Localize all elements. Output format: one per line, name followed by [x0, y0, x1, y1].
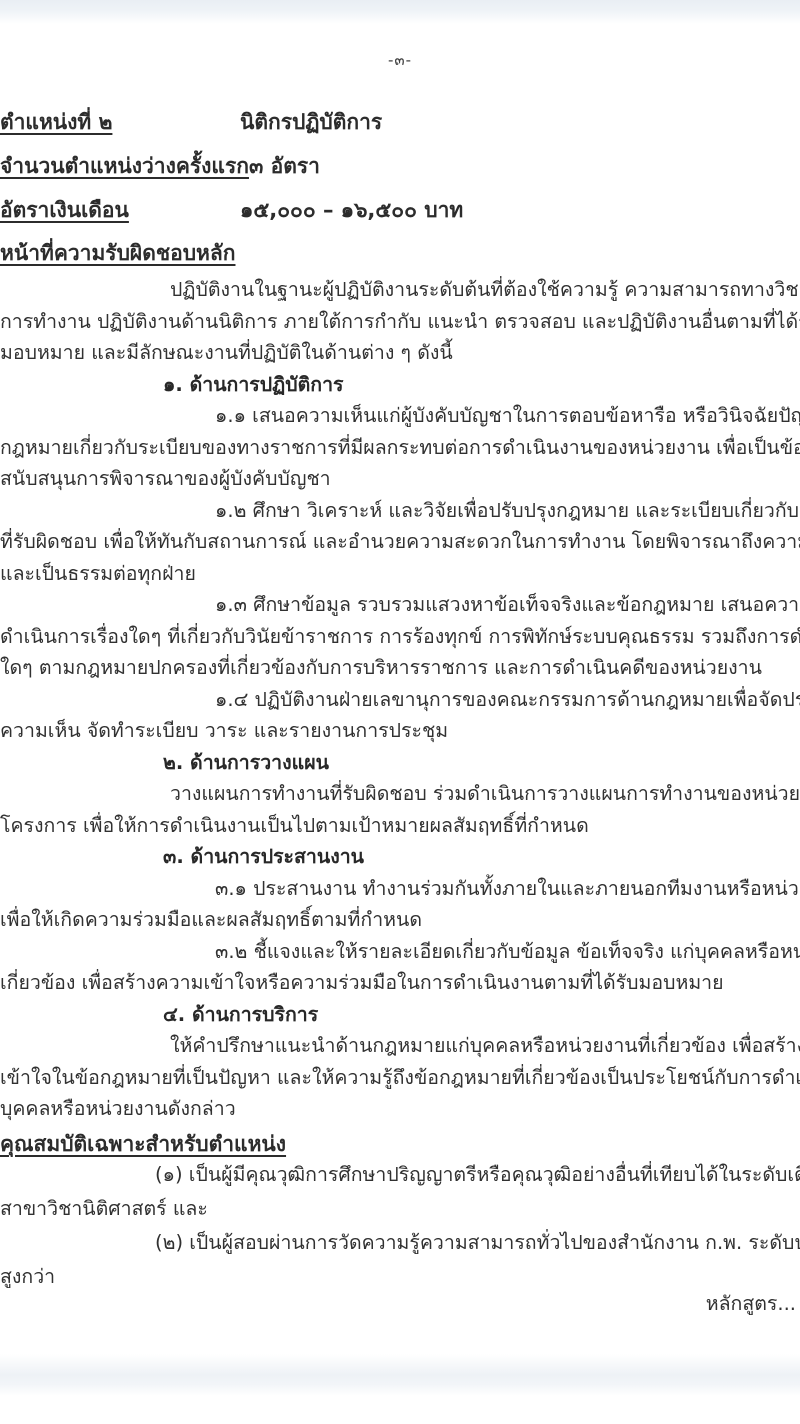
- text-line: ๓.๑ ประสานงาน ทำงานร่วมกันทั้งภายในและภา…: [0, 873, 800, 905]
- text-line: เกี่ยวข้อง เพื่อสร้างความเข้าใจหรือความร…: [0, 967, 800, 999]
- text-line: ที่รับผิดชอบ เพื่อให้ทันกับสถานการณ์ และ…: [0, 526, 800, 558]
- text-line: สนับสนุนการพิจารณาของผู้บังคับบัญชา: [0, 463, 800, 495]
- text-line: ๑. ด้านการปฏิบัติการ: [0, 369, 800, 401]
- salary-range: ๑๕,๐๐๐ – ๑๖,๕๐๐ บาท: [240, 194, 463, 227]
- text-line: ปฏิบัติงานในฐานะผู้ปฏิบัติงานระดับต้นที่…: [0, 274, 800, 306]
- text-line: ๑.๑ เสนอความเห็นแก่ผู้บังคับบัญชาในการตอ…: [0, 400, 800, 432]
- section-heading-duties: หน้าที่ความรับผิดชอบหลัก: [0, 237, 235, 270]
- duties-text-block: ปฏิบัติงานในฐานะผู้ปฏิบัติงานระดับต้นที่…: [0, 274, 800, 1125]
- text-line: การทำงาน ปฏิบัติงานด้านนิติการ ภายใต้การ…: [0, 306, 800, 338]
- text-line: เพื่อให้เกิดความร่วมมือและผลสัมฤทธิ์ตามท…: [0, 904, 800, 936]
- salary-label: อัตราเงินเดือน: [0, 194, 240, 227]
- section-heading-qualifications: คุณสมบัติเฉพาะสำหรับตำแหน่ง: [0, 1128, 286, 1161]
- text-line: สูงกว่า: [0, 1260, 800, 1294]
- text-line: ๑.๒ ศึกษา วิเคราะห์ และวิจัยเพื่อปรับปรุ…: [0, 495, 800, 527]
- vacancy-label: จำนวนตำแหน่งว่างครั้งแรก: [0, 150, 249, 183]
- text-line: ใดๆ ตามกฎหมายปกครองที่เกี่ยวข้องกับการบร…: [0, 652, 800, 684]
- text-line: โครงการ เพื่อให้การดำเนินงานเป็นไปตามเป้…: [0, 810, 800, 842]
- page-number: -๓-: [0, 48, 800, 72]
- text-line: ให้คำปรึกษาแนะนำด้านกฎหมายแก่บุคคลหรือหน…: [0, 1030, 800, 1062]
- scan-edge-top: [0, 0, 800, 24]
- text-line: กฎหมายเกี่ยวกับระเบียบของทางราชการที่มีผ…: [0, 432, 800, 464]
- text-line: ๑.๔ ปฏิบัติงานฝ่ายเลขานุการของคณะกรรมการ…: [0, 684, 800, 716]
- text-line: ความเห็น จัดทำระเบียบ วาระ และรายงานการป…: [0, 715, 800, 747]
- continuation-marker: หลักสูตร...: [706, 1288, 796, 1319]
- vacancy-count: ๓ อัตรา: [249, 150, 320, 183]
- text-line: เข้าใจในข้อกฎหมายที่เป็นปัญหา และให้ความ…: [0, 1062, 800, 1094]
- position-header: ตำแหน่งที่ ๒ นิติกรปฏิบัติการ จำนวนตำแหน…: [0, 106, 800, 238]
- text-line: บุคคลหรือหน่วยงานดังกล่าว: [0, 1093, 800, 1125]
- scan-edge-bottom: [0, 1354, 800, 1396]
- text-line: วางแผนการทำงานที่รับผิดชอบ ร่วมดำเนินการ…: [0, 778, 800, 810]
- text-line: (๒) เป็นผู้สอบผ่านการวัดความรู้ความสามาร…: [0, 1226, 800, 1260]
- position-title: นิติกรปฏิบัติการ: [240, 106, 382, 139]
- position-label: ตำแหน่งที่ ๒: [0, 106, 240, 139]
- text-line: ๓. ด้านการประสานงาน: [0, 841, 800, 873]
- position-row: ตำแหน่งที่ ๒ นิติกรปฏิบัติการ: [0, 106, 800, 150]
- qualifications-text-block: (๑) เป็นผู้มีคุณวุฒิการศึกษาปริญญาตรีหรื…: [0, 1158, 800, 1294]
- text-line: (๑) เป็นผู้มีคุณวุฒิการศึกษาปริญญาตรีหรื…: [0, 1158, 800, 1192]
- text-line: มอบหมาย และมีลักษณะงานที่ปฏิบัติในด้านต่…: [0, 337, 800, 369]
- text-line: สาขาวิชานิติศาสตร์ และ: [0, 1192, 800, 1226]
- salary-row: อัตราเงินเดือน ๑๕,๐๐๐ – ๑๖,๕๐๐ บาท: [0, 194, 800, 238]
- vacancy-row: จำนวนตำแหน่งว่างครั้งแรก ๓ อัตรา: [0, 150, 800, 194]
- text-line: ดำเนินการเรื่องใดๆ ที่เกี่ยวกับวินัยข้าร…: [0, 621, 800, 653]
- text-line: ๓.๒ ชี้แจงและให้รายละเอียดเกี่ยวกับข้อมู…: [0, 936, 800, 968]
- text-line: ๒. ด้านการวางแผน: [0, 747, 800, 779]
- text-line: ๑.๓ ศึกษาข้อมูล รวบรวมแสวงหาข้อเท็จจริงแ…: [0, 589, 800, 621]
- text-line: ๔. ด้านการบริการ: [0, 999, 800, 1031]
- text-line: และเป็นธรรมต่อทุกฝ่าย: [0, 558, 800, 590]
